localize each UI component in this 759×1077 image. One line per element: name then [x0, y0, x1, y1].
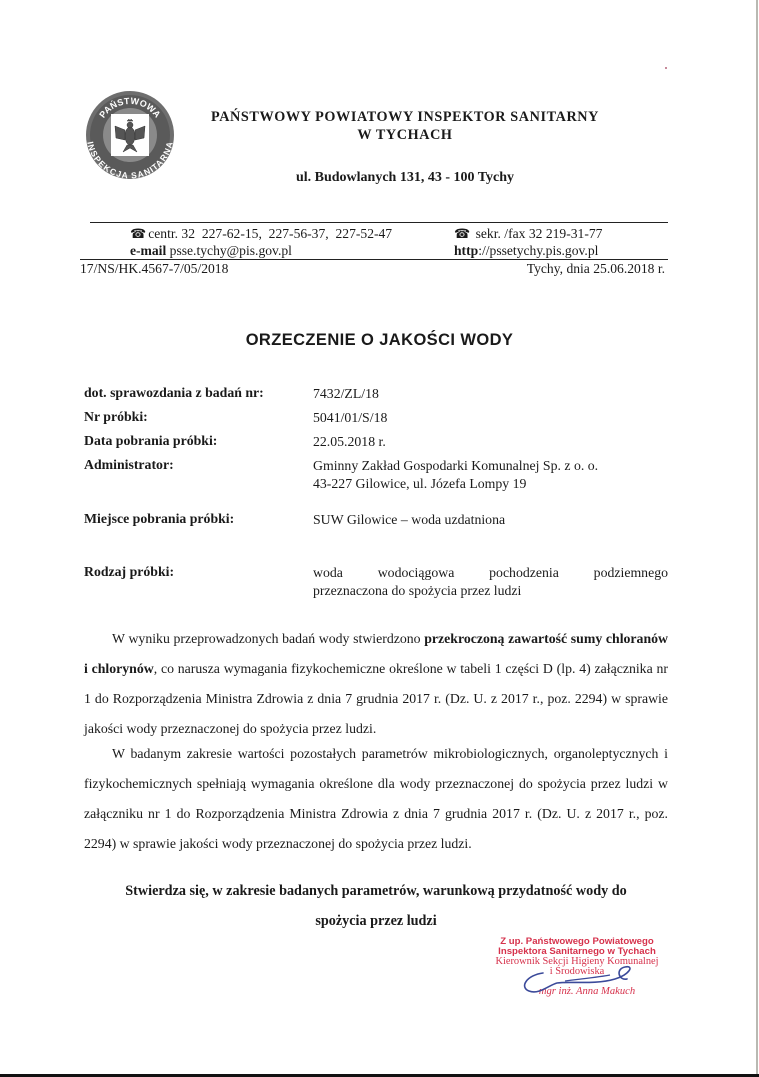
organization-name-line2: W TYCHACH [185, 126, 625, 144]
finding-text-after: , co narusza wymagania fizykochemiczne o… [84, 661, 668, 736]
word: pochodzenia [489, 564, 559, 582]
field-value-sample-type: woda wodociągowa pochodzenia podziemnego… [313, 564, 668, 600]
field-value-report-number: 7432/ZL/18 [313, 385, 379, 403]
telephone-icon: ☎ [454, 227, 470, 242]
scan-speck [665, 67, 667, 69]
central-phone-numbers: 32 227-62-15, 227-56-37, 227-52-47 [178, 226, 392, 241]
field-value-sampling-date: 22.05.2018 r. [313, 433, 386, 451]
administrator-name: Gminny Zakład Gospodarki Komunalnej Sp. … [313, 457, 598, 475]
field-label-administrator: Administrator: [84, 457, 174, 473]
conclusion: Stwierdza się, w zakresie badanych param… [84, 876, 668, 936]
website-link[interactable]: ://pssetychy.pis.gov.pl [478, 243, 598, 258]
word: wodociągowa [378, 564, 455, 582]
fax-phone: ☎ sekr. /fax 32 219-31-77 [454, 225, 602, 243]
conclusion-line1: Stwierdza się, w zakresie badanych param… [84, 876, 668, 906]
finding-text-before: W wyniku przeprowadzonych badań wody stw… [112, 631, 424, 646]
eagle-emblem-icon: PAŃSTWOWA INSPEKCJA SANITARNA [85, 90, 175, 180]
handwritten-signature-icon [505, 955, 645, 1000]
document-date: Tychy, dnia 25.06.2018 r. [527, 261, 665, 277]
central-phone: ☎centr. 32 227-62-15, 227-56-37, 227-52-… [130, 225, 392, 243]
header-divider-top [90, 222, 668, 223]
field-value-sample-number: 5041/01/S/18 [313, 409, 387, 427]
field-label-sample-type: Rodzaj próbki: [84, 564, 174, 580]
finding-paragraph: W wyniku przeprowadzonych badań wody stw… [84, 624, 668, 744]
field-label-report-number: dot. sprawozdania z badań nr: [84, 385, 264, 401]
field-label-sampling-place: Miejsce pobrania próbki: [84, 511, 234, 527]
email-contact: e-mail psse.tychy@pis.gov.pl [130, 242, 292, 259]
fax-label: sekr. /fax [476, 226, 526, 241]
page-edge-right [756, 0, 758, 1074]
compliance-text: W badanym zakresie wartości pozostałych … [84, 746, 668, 851]
central-phone-label: centr. [148, 226, 178, 241]
organization-name: PAŃSTWOWY POWIATOWY INSPEKTOR SANITARNY … [185, 108, 625, 144]
header-divider-bottom [80, 259, 668, 260]
sample-type-line2: przeznaczona do spożycia przez ludzi [313, 582, 668, 600]
word: podziemnego [594, 564, 668, 582]
word: woda [313, 564, 343, 582]
telephone-icon: ☎ [130, 227, 146, 242]
conclusion-line2: spożycia przez ludzi [84, 906, 668, 936]
field-value-sampling-place: SUW Gilowice – woda uzdatniona [313, 511, 505, 529]
field-label-sampling-date: Data pobrania próbki: [84, 433, 217, 449]
field-value-administrator: Gminny Zakład Gospodarki Komunalnej Sp. … [313, 457, 598, 493]
administrator-address: 43-227 Gilowice, ul. Józefa Lompy 19 [313, 475, 598, 493]
document-title: ORZECZENIE O JAKOŚCI WODY [0, 331, 759, 350]
website-contact: http://pssetychy.pis.gov.pl [454, 242, 598, 259]
email-link[interactable]: psse.tychy@pis.gov.pl [166, 243, 292, 258]
email-label: e-mail [130, 243, 166, 258]
sample-type-line1: woda wodociągowa pochodzenia podziemnego [313, 564, 668, 582]
fax-number: 32 219-31-77 [525, 226, 602, 241]
organization-address: ul. Budowlanych 131, 43 - 100 Tychy [185, 170, 625, 186]
compliance-paragraph: W badanym zakresie wartości pozostałych … [84, 739, 668, 859]
reference-number: 17/NS/HK.4567-7/05/2018 [80, 261, 228, 277]
organization-name-line1: PAŃSTWOWY POWIATOWY INSPEKTOR SANITARNY [185, 108, 625, 126]
field-label-sample-number: Nr próbki: [84, 409, 148, 425]
website-label: http [454, 243, 478, 258]
